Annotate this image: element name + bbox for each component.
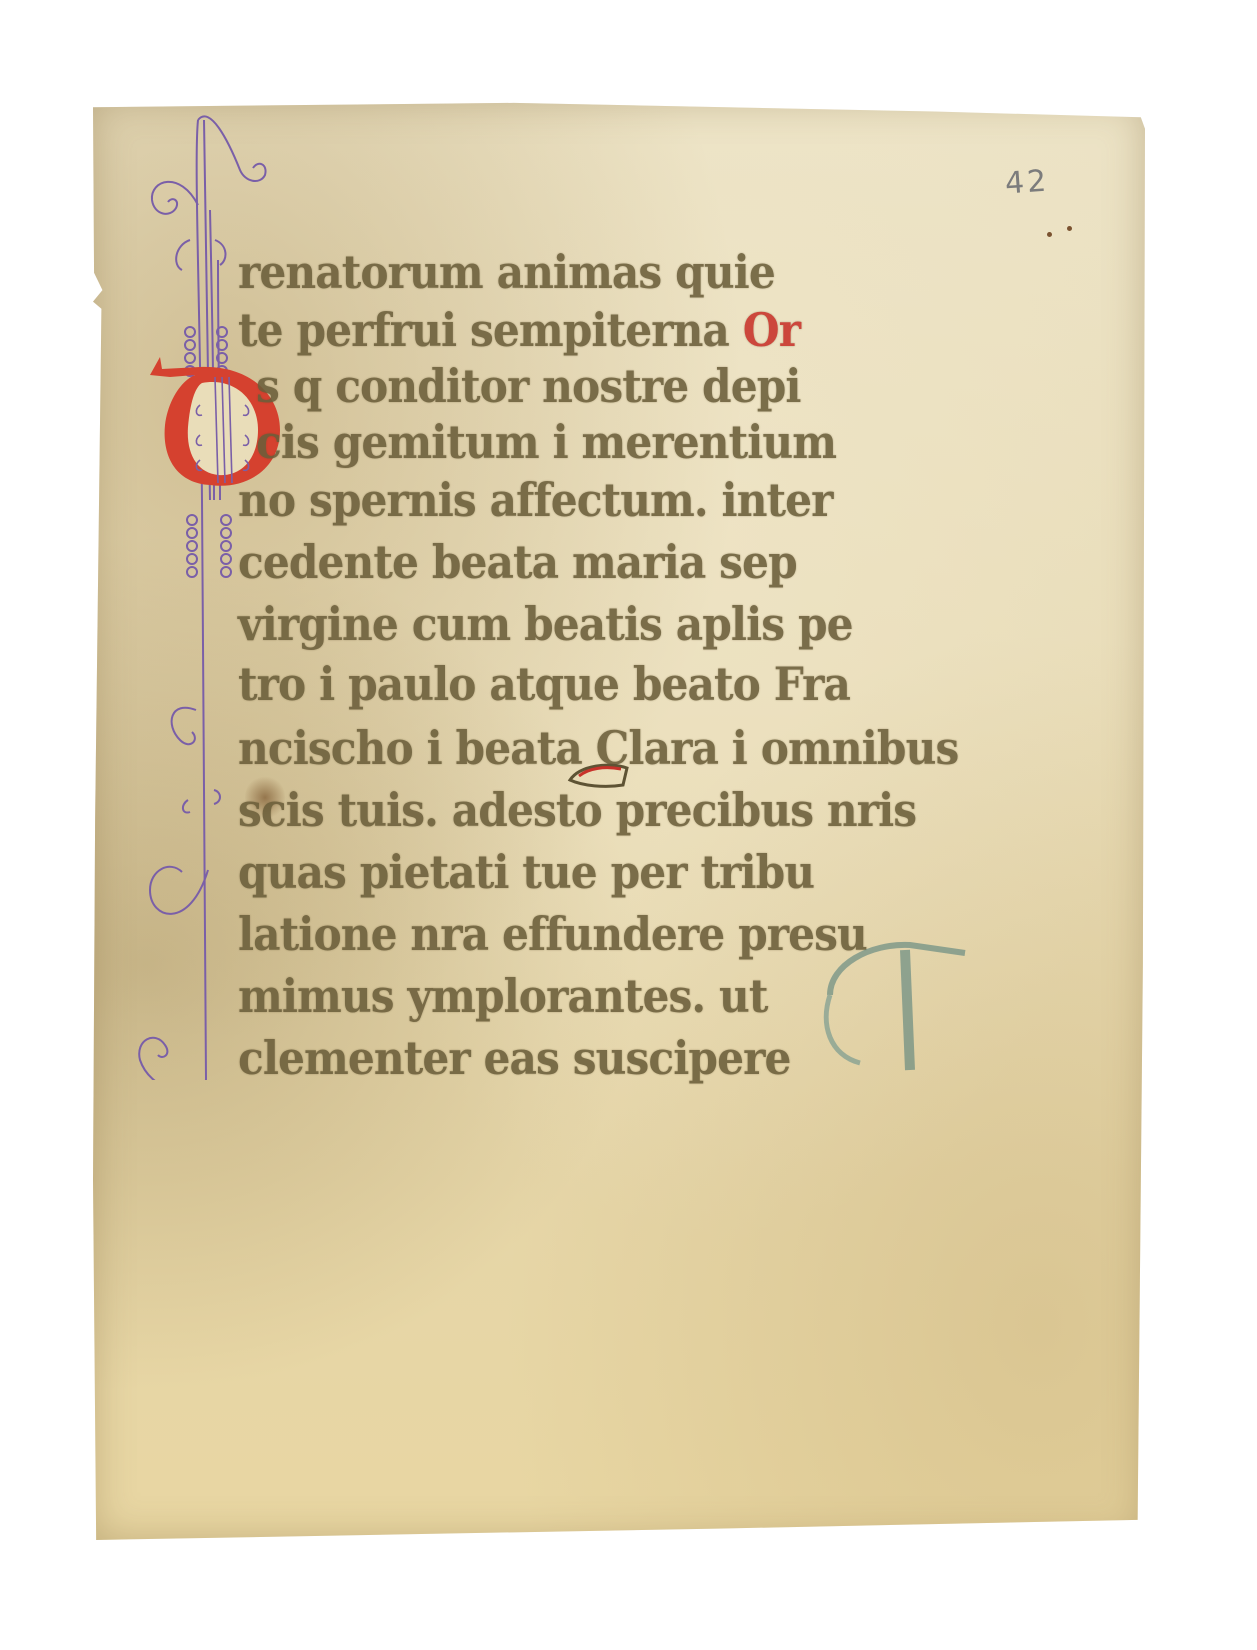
folio-dots — [1047, 232, 1075, 240]
rubric-mark: Or — [743, 303, 800, 357]
folio-number: 42 — [1004, 164, 1051, 202]
text-line-8: tro i paulo atque beato Fra — [238, 657, 850, 713]
dot — [1047, 232, 1052, 237]
text-line-11: quas pietati tue per tribu — [238, 845, 814, 901]
text-line-13: mimus ymplorantes. ut — [238, 969, 767, 1025]
rubric-c-mark-icon — [565, 760, 630, 788]
text-line-6: cedente beata maria sep — [238, 535, 797, 591]
text-line-12: latione nra effundere presu — [238, 907, 867, 963]
text-line-7: virgine cum beatis aplis pe — [238, 597, 853, 653]
text-line-14: clementer eas suscipere — [238, 1031, 791, 1087]
text-line-5: no spernis affectum. inter — [238, 473, 833, 529]
text-line-4: cis gemitum i merentium — [256, 415, 836, 471]
text-line-10: scis tuis. adesto precibus nris — [238, 783, 916, 839]
text-line-1: renatorum animas quie — [238, 245, 775, 301]
text-line-3: s q conditor nostre depi — [256, 359, 801, 415]
line-text: te perfrui sempiterna — [238, 303, 729, 357]
dot — [1067, 226, 1072, 231]
text-line-2: te perfrui sempiterna Or — [238, 303, 800, 359]
offset-initial-icon — [810, 935, 970, 1075]
